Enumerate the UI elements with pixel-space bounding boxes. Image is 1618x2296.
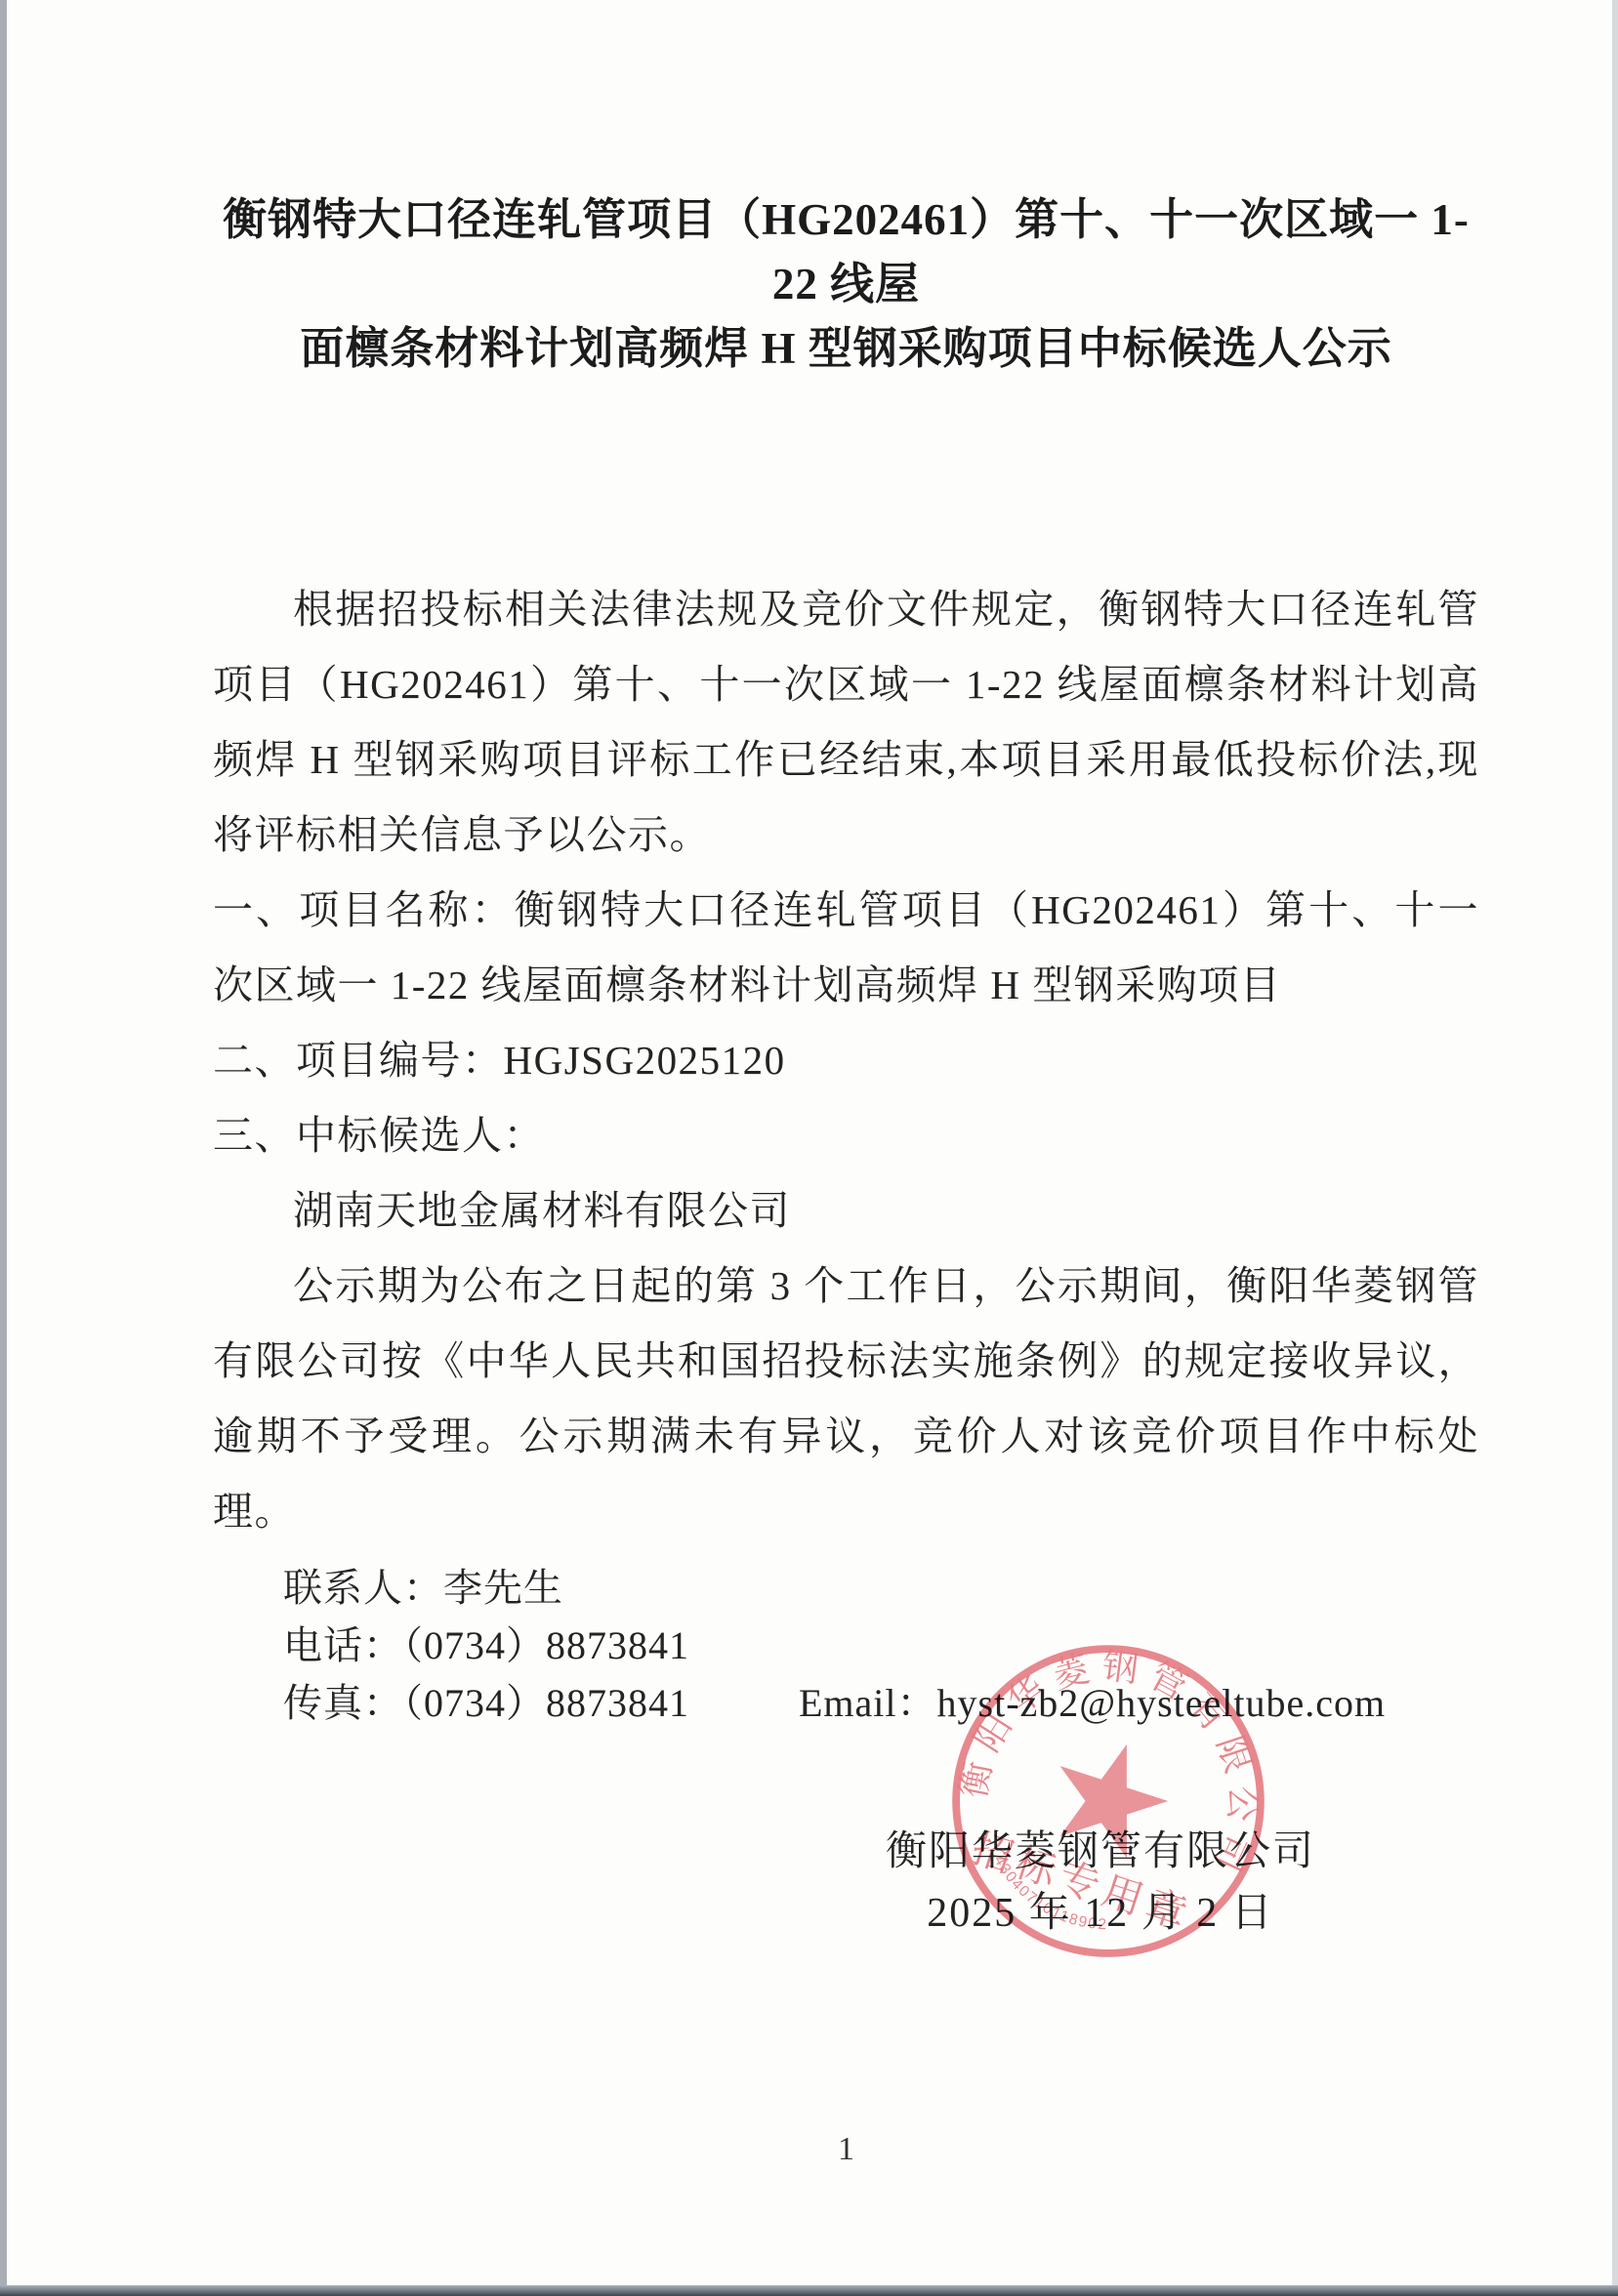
scanned-document-page: 衡钢特大口径连轧管项目（HG202461）第十、十一次区域一 1-22 线屋 面… bbox=[0, 0, 1618, 2296]
contact-fax: 传真：（0734）8873841 bbox=[283, 1681, 689, 1725]
item-winning-candidates-label: 三、中标候选人： bbox=[213, 1098, 1479, 1173]
scan-edge-bottom bbox=[0, 2285, 1618, 2296]
contact-block: 联系人：李先生 电话：（0734）8873841 传真：（0734）887384… bbox=[213, 1559, 1479, 1732]
document-body: 根据招投标相关法律法规及竞价文件规定，衡钢特大口径连轧管项目（HG202461）… bbox=[213, 572, 1479, 1549]
scan-edge-left bbox=[0, 0, 7, 2296]
document-title-line2: 面檩条材料计划高频焊 H 型钢采购项目中标候选人公示 bbox=[213, 316, 1479, 381]
winning-candidate: 湖南天地金属材料有限公司 bbox=[213, 1173, 1479, 1249]
item-project-number: 二、项目编号：HGJSG2025120 bbox=[213, 1023, 1479, 1098]
document-title-line1: 衡钢特大口径连轧管项目（HG202461）第十、十一次区域一 1-22 线屋 bbox=[213, 187, 1479, 316]
document-content: 衡钢特大口径连轧管项目（HG202461）第十、十一次区域一 1-22 线屋 面… bbox=[213, 0, 1479, 1945]
star-icon bbox=[1039, 1727, 1181, 1865]
scan-edge-right bbox=[1612, 0, 1618, 2296]
company-seal-stamp: 衡阳华菱钢管有限公司 招标专用章 43040710118902 bbox=[945, 1638, 1271, 1964]
contact-person: 联系人：李先生 bbox=[283, 1559, 1479, 1617]
contact-phone: 电话：（0734）8873841 bbox=[283, 1617, 1479, 1674]
page-number: 1 bbox=[213, 2131, 1479, 2168]
document-title: 衡钢特大口径连轧管项目（HG202461）第十、十一次区域一 1-22 线屋 面… bbox=[213, 187, 1479, 381]
item-project-name: 一、项目名称：衡钢特大口径连轧管项目（HG202461）第十、十一次区域一 1-… bbox=[213, 873, 1479, 1023]
intro-paragraph: 根据招投标相关法律法规及竞价文件规定，衡钢特大口径连轧管项目（HG202461）… bbox=[213, 572, 1479, 873]
contact-fax-email: 传真：（0734）8873841Email：hyst-zb2@hysteeltu… bbox=[283, 1674, 1479, 1732]
notice-paragraph: 公示期为公布之日起的第 3 个工作日，公示期间，衡阳华菱钢管有限公司按《中华人民… bbox=[213, 1249, 1479, 1549]
